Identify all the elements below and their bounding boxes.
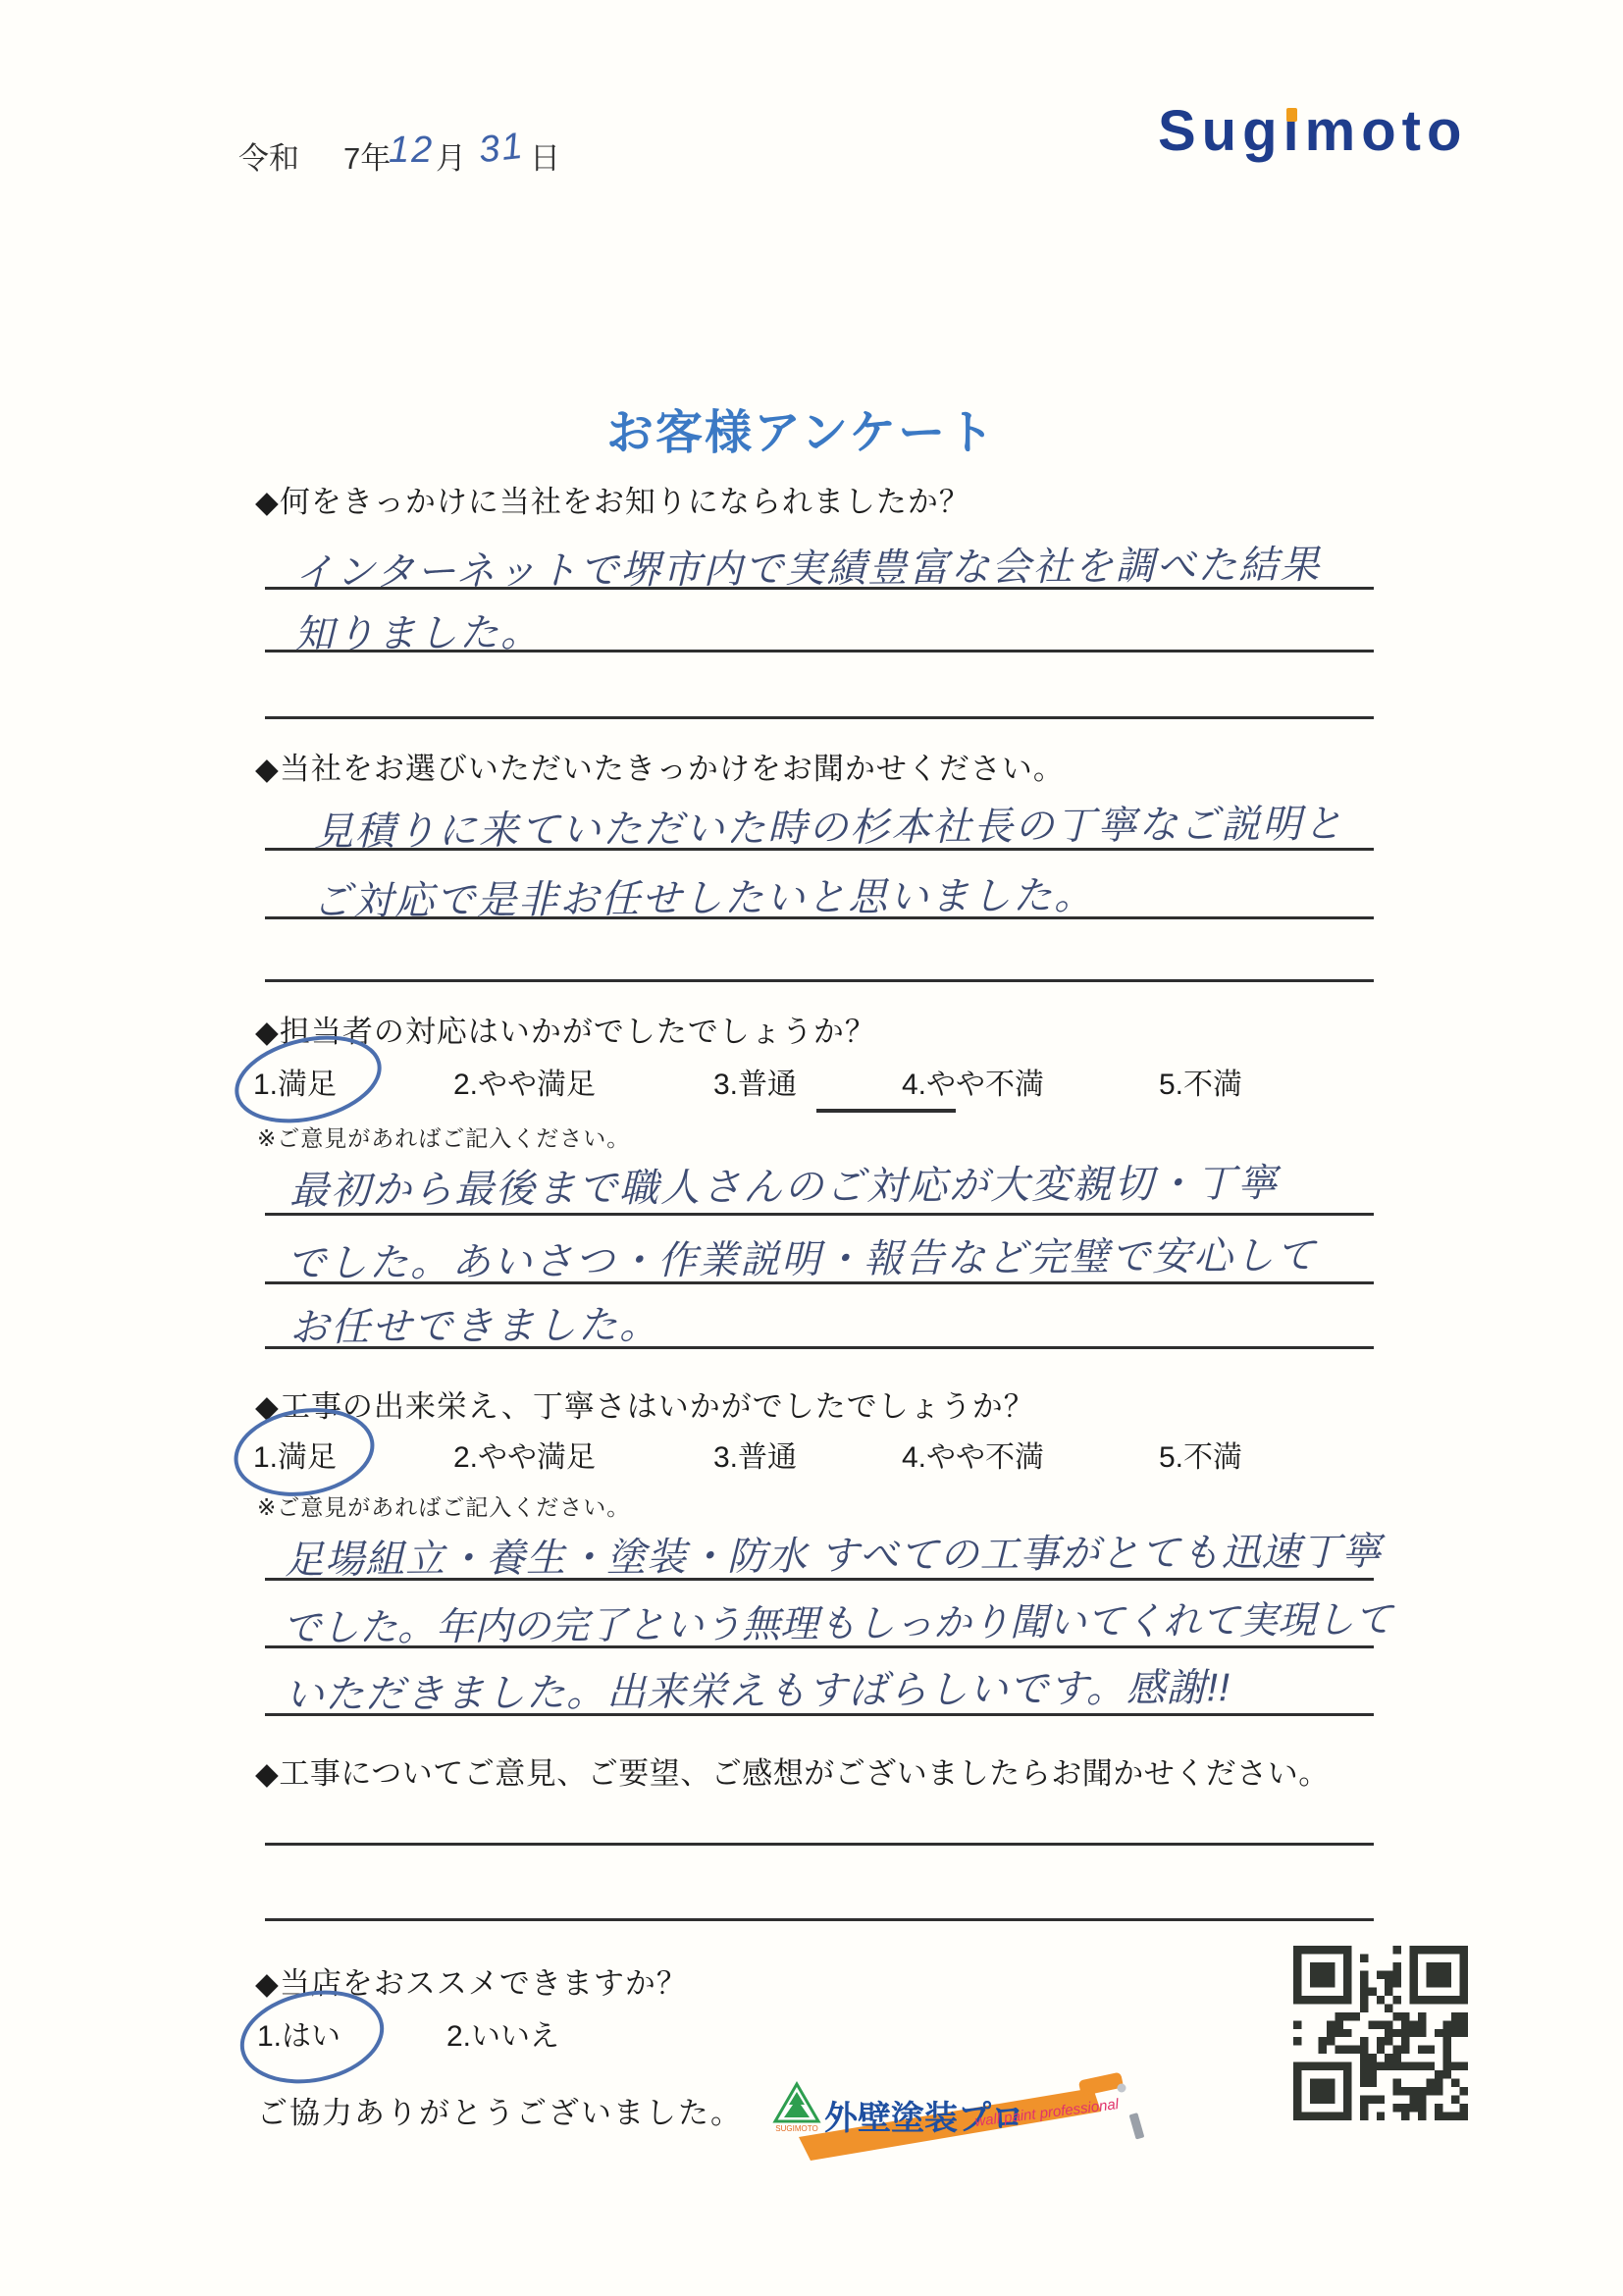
answer-rule: [265, 1281, 1374, 1284]
q3-option-2: 2.やや満足: [453, 1060, 596, 1103]
roller-handle-icon: [1129, 2113, 1145, 2139]
answer-rule: [265, 1213, 1374, 1216]
pen-circle-mark-q3: [228, 1030, 400, 1132]
q3-comment-note: ※ご意見があればご記入ください。: [257, 1121, 630, 1153]
q4-option-4: 4.やや不満: [902, 1433, 1044, 1476]
answer-rule: [265, 1346, 1374, 1349]
stray-underline: [816, 1109, 956, 1113]
answer-rule: [265, 1645, 1374, 1648]
q3-rating-row: 1.満足 2.やや満足 3.普通 4.やや不満 5.不満: [253, 1060, 1431, 1103]
q3-option-3: 3.普通: [713, 1060, 797, 1103]
answer-rule: [265, 1843, 1374, 1846]
answer-rule: [265, 587, 1374, 590]
brand-text-post: moto: [1305, 99, 1468, 163]
q6-option-no: 2.いいえ: [446, 2011, 559, 2055]
q1-heading: ◆何をきっかけに当社をお知りになられましたか？: [255, 477, 970, 521]
q4-option-3: 3.普通: [713, 1433, 797, 1476]
answer-rule: [265, 979, 1374, 982]
answer-rule: [265, 916, 1374, 919]
date-line: 令和 7年 12 月 31 日: [0, 133, 687, 183]
month-value-handwritten: 12: [389, 130, 434, 172]
paint-roller-head-icon: [1078, 2072, 1124, 2096]
year-label: 7年: [343, 133, 391, 178]
answer-rule: [265, 848, 1374, 851]
era-label: 令和: [238, 133, 299, 178]
answer-rule: [265, 1578, 1374, 1581]
page-title: お客様アンケート: [606, 394, 996, 462]
q4-rating-row: 1.満足 2.やや満足 3.普通 4.やや不満 5.不満: [253, 1433, 1431, 1476]
pen-circle-mark-q6: [230, 1984, 406, 2098]
q3-option-4: 4.やや不満: [902, 1060, 1044, 1103]
q5-heading: ◆工事についてご意見、ご要望、ご感想がございましたらお聞かせください。: [255, 1748, 1330, 1793]
q3-comment-line-3: お任せできました。: [289, 1294, 660, 1353]
month-label: 月: [436, 133, 466, 178]
answer-rule: [265, 716, 1374, 719]
brand-orange-dot-icon: [1286, 108, 1297, 122]
q4-comment-line-1: 足場組立・養生・塗装・防水 すべての工事がとても迅速丁寧: [285, 1521, 1383, 1586]
survey-sheet: 令和 7年 12 月 31 日 Sugımoto お客様アンケート ◆何をきっか…: [0, 0, 1623, 2296]
thanks-text: ご協力ありがとうございました。: [257, 2088, 743, 2132]
answer-rule: [265, 1918, 1374, 1921]
answer-rule: [265, 650, 1374, 652]
day-value-handwritten: 31: [477, 126, 527, 173]
q4-option-5: 5.不満: [1159, 1433, 1242, 1476]
brand-text-pre: Sug: [1158, 99, 1283, 163]
q4-comment-note: ※ご意見があればご記入ください。: [257, 1489, 630, 1522]
q3-comment-line-2: でした。あいさつ・作業説明・報告など完璧で安心して: [287, 1225, 1317, 1288]
q4-comment-line-3: いただきました。出来栄えもすばらしいです。感謝!!: [285, 1656, 1230, 1720]
qr-code: [1293, 1946, 1468, 2120]
brand-letter-i: ı: [1283, 99, 1305, 163]
q3-comment-line-1: 最初から最後まで職人さんのご対応が大変親切・丁寧: [289, 1152, 1279, 1216]
badge-text: SUGIMOTO: [775, 2124, 817, 2133]
q2-heading: ◆当社をお選びいただいたきっかけをお聞かせください。: [255, 744, 1065, 788]
sugimoto-logo: Sugımoto: [1158, 98, 1467, 164]
q4-option-2: 2.やや満足: [453, 1433, 596, 1476]
q6-options-row: 1.はい 2.いいえ: [257, 2011, 1435, 2055]
day-label: 日: [530, 133, 560, 178]
q4-comment-line-2: でした。年内の完了という無理もしっかり聞いてくれて実現して: [283, 1590, 1392, 1653]
partner-logo: SUGIMOTO 外壁塗装プロ wall paint professional: [767, 2072, 1189, 2166]
answer-rule: [265, 1713, 1374, 1716]
q3-option-5: 5.不満: [1159, 1060, 1242, 1103]
